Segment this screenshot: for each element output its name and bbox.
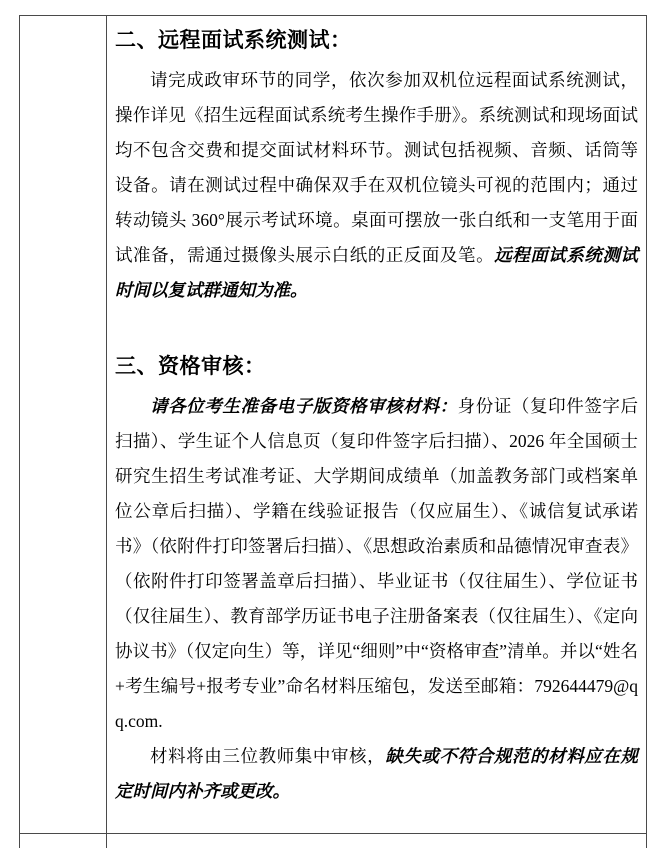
section-3-paragraph-1: 请各位考生准备电子版资格审核材料：身份证（复印件签字后扫描）、学生证个人信息页（…	[115, 389, 638, 739]
section-2-heading: 二、远程面试系统测试：	[115, 17, 638, 63]
section-3-bold-lead: 请各位考生准备电子版资格审核材料：	[150, 396, 458, 416]
table-column-divider	[106, 15, 107, 848]
table-border-right	[646, 15, 647, 848]
section-3-materials-list-text: 身份证（复印件签字后扫描）、学生证个人信息页（复印件签字后扫描）、2026 年全…	[115, 396, 638, 731]
section-2-paragraph: 请完成政审环节的同学，依次参加双机位远程面试系统测试，操作详见《招生远程面试系统…	[115, 63, 638, 308]
table-row-divider	[19, 833, 647, 834]
table-border-top	[19, 15, 647, 16]
section-3-review-text: 材料将由三位教师集中审核，	[150, 746, 385, 766]
section-3-heading: 三、资格审核：	[115, 343, 638, 389]
main-cell-content: 二、远程面试系统测试： 请完成政审环节的同学，依次参加双机位远程面试系统测试，操…	[115, 17, 638, 809]
section-3-paragraph-2: 材料将由三位教师集中审核，缺失或不符合规范的材料应在规定时间内补齐或更改。	[115, 739, 638, 809]
document-page: 二、远程面试系统测试： 请完成政审环节的同学，依次参加双机位远程面试系统测试，操…	[0, 0, 670, 848]
section-2-body-text: 请完成政审环节的同学，依次参加双机位远程面试系统测试，操作详见《招生远程面试系统…	[115, 70, 638, 265]
table-border-left	[19, 15, 20, 848]
